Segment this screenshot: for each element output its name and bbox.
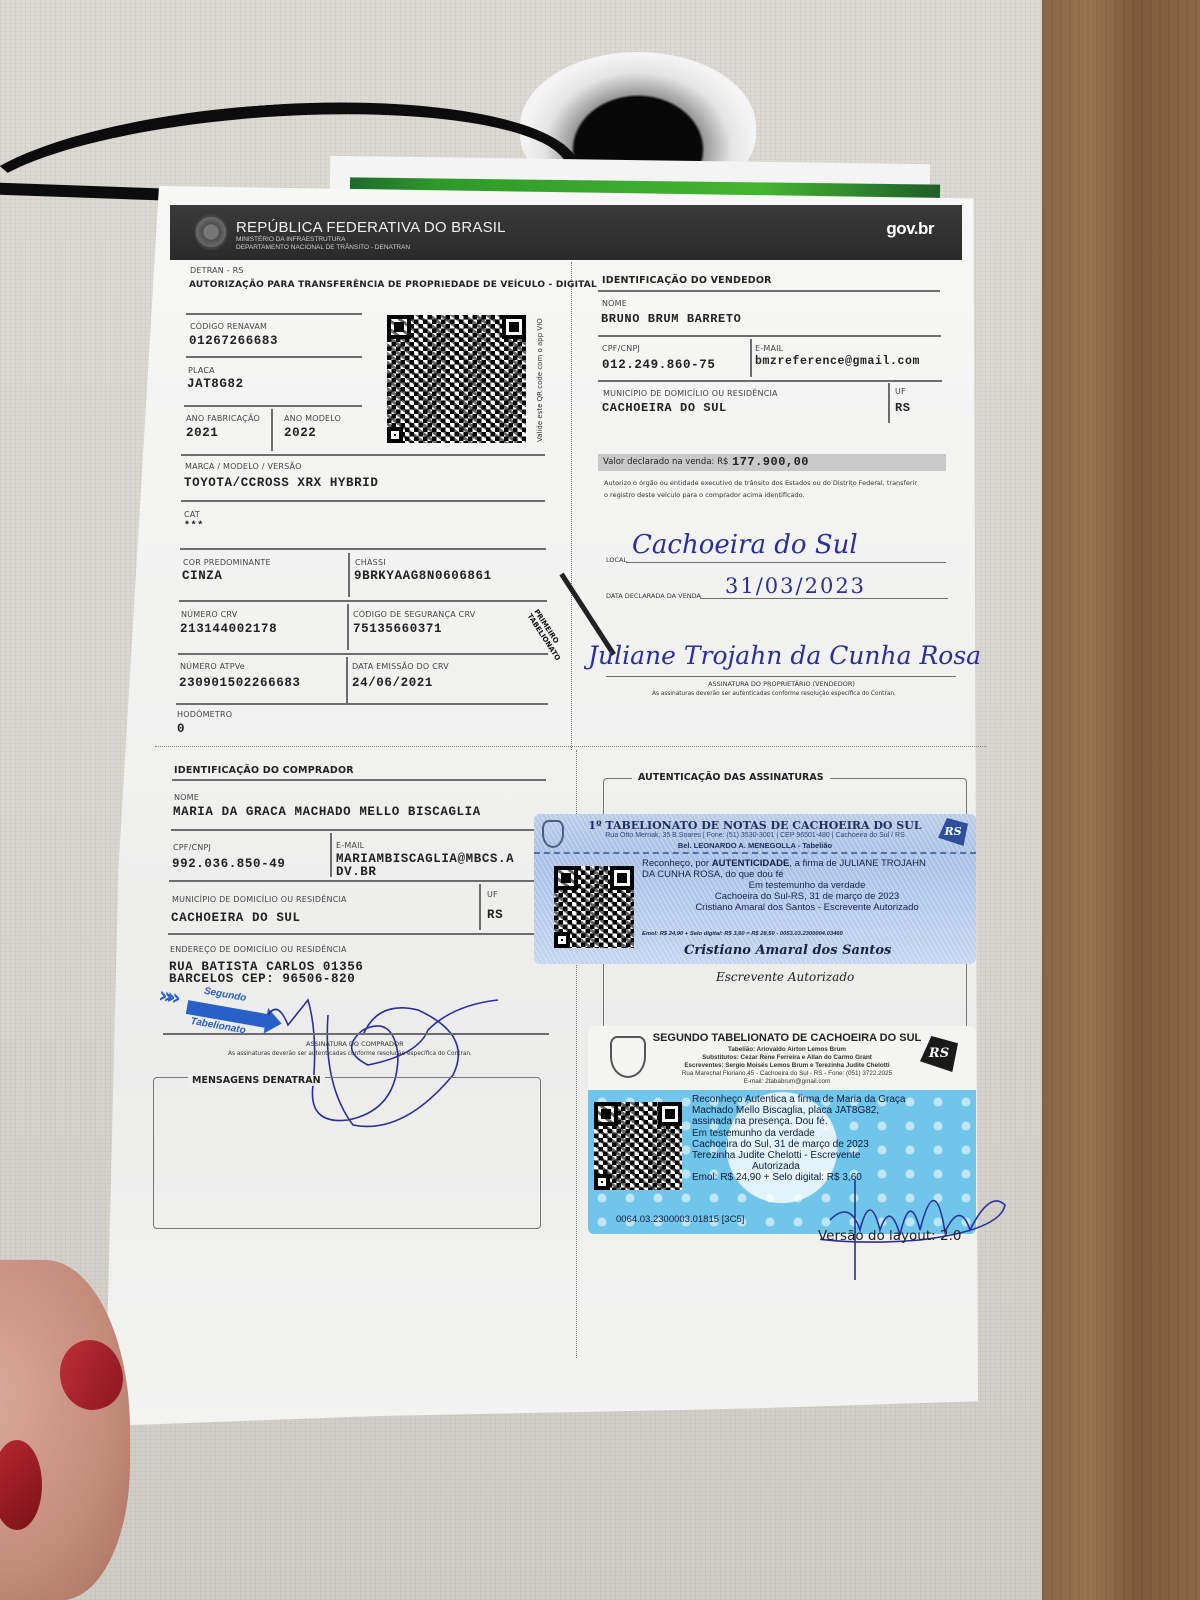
seal-escreventes: Escreventes: Sergio Moisés Lemos Brum e … — [588, 1062, 976, 1069]
seal-signer-name: Cristiano Amaral dos Santos — [684, 943, 891, 958]
signature-note: As assinaturas deverão ser autenticadas … — [652, 691, 896, 697]
seller-uf-label: UF — [895, 387, 906, 396]
rule — [271, 409, 273, 451]
rule — [750, 339, 752, 377]
section-divider — [155, 746, 987, 747]
authorization-text: Autorizo o órgão ou entidade executivo d… — [604, 479, 917, 487]
rule — [479, 884, 481, 930]
placa-value: JAT8G82 — [187, 377, 244, 391]
rule — [169, 880, 547, 882]
buyer-section-title: IDENTIFICAÇÃO DO COMPRADOR — [174, 765, 354, 776]
rule — [346, 657, 348, 703]
govbr-logo: gov.br — [886, 219, 934, 239]
chevrons-icon: »» — [156, 983, 177, 1010]
seal-title: 1º TABELIONATO DE NOTAS DE CACHOEIRA DO … — [534, 819, 976, 832]
ano-fabricacao-label: ANO FABRICAÇÃO — [186, 414, 260, 423]
seal-header: 1º TABELIONATO DE NOTAS DE CACHOEIRA DO … — [534, 814, 976, 854]
local-handwritten: Cachoeira do Sul — [632, 530, 858, 560]
primeiro-tabelionato-arrow-stamp: PRIMEIRO TABELIONATO — [533, 568, 593, 658]
qr-caption: Valide este QR code com o app VIO — [536, 318, 544, 442]
layout-version: Versão do layout: 2.0 — [818, 1228, 961, 1244]
seller-municipio-label: MUNICÍPIO DE DOMICÍLIO OU RESIDÊNCIA — [603, 389, 778, 398]
cor-label: COR PREDOMINANTE — [183, 558, 271, 567]
authorization-text: o registro deste veículo para o comprado… — [604, 491, 805, 499]
rule — [172, 779, 546, 781]
ministry-subtitle: MINISTÉRIO DA INFRAESTRUTURA DEPARTAMENT… — [236, 236, 410, 252]
rule — [598, 290, 940, 292]
buyer-cpf-label: CPF/CNPJ — [173, 843, 211, 852]
rule — [598, 380, 942, 382]
seller-municipio-value: CACHOEIRA DO SUL — [602, 401, 727, 415]
seal-qr-code[interactable] — [554, 866, 634, 948]
seal-signer-role: Escrevente Autorizado — [716, 970, 854, 984]
buyer-address-line2: BARCELOS CEP: 96506-820 — [169, 972, 355, 986]
marca-modelo-label: MARCA / MODELO / VERSÃO — [185, 462, 302, 471]
rule — [348, 553, 350, 597]
rule — [163, 1033, 549, 1035]
rule — [186, 313, 362, 315]
column-divider — [571, 262, 572, 750]
denatran-messages-box — [153, 1077, 541, 1229]
buyer-cpf-value: 992.036.850-49 — [172, 857, 285, 871]
declared-value-bar: Valor declarado na venda: R$ 177.900,00 — [598, 454, 946, 471]
issuer-label: DETRAN - RS — [190, 266, 244, 275]
seal-email: E-mail: 2tababrum@gmail.com — [588, 1078, 976, 1085]
buyer-address-label: ENDEREÇO DE DOMICÍLIO OU RESIDÊNCIA — [170, 945, 347, 954]
cat-label: CAT — [184, 510, 200, 519]
rule — [168, 933, 548, 935]
atpve-label: NÚMERO ATPVe — [180, 662, 245, 671]
hodometro-label: HODÔMETRO — [177, 710, 232, 719]
seal-text: Reconheço, por AUTENTICIDADE, a firma de… — [642, 858, 972, 913]
buyer-municipio-value: CACHOEIRA DO SUL — [171, 911, 301, 925]
codigo-seguranca-value: 75135660371 — [353, 622, 442, 636]
rule — [626, 562, 946, 563]
document-title: AUTORIZAÇÃO PARA TRANSFERÊNCIA DE PROPRI… — [189, 280, 597, 290]
renavam-value: 01267266683 — [189, 334, 278, 348]
seller-email-label: E-MAIL — [755, 344, 783, 353]
atpv-document: REPÚBLICA FEDERATIVA DO BRASIL MINISTÉRI… — [0, 0, 1200, 1600]
rule — [347, 604, 349, 650]
stamp-text: PRIMEIRO TABELIONATO — [526, 608, 569, 662]
seal-address: Rua Marechal Floriano,45 - Cachoeira do … — [588, 1070, 976, 1077]
sale-date-handwritten: 31/03/2023 — [725, 574, 866, 598]
rule — [184, 405, 362, 407]
seal-substitutos: Substitutos: Cezar Rene Ferreira e Allan… — [588, 1054, 976, 1061]
hodometro-value: 0 — [177, 722, 185, 736]
buyer-name-value: MARIA DA GRACA MACHADO MELLO BISCAGLIA — [173, 805, 481, 819]
seller-cpf-label: CPF/CNPJ — [602, 344, 640, 353]
placa-label: PLACA — [188, 366, 215, 375]
rule — [180, 548, 546, 550]
renavam-label: CÓDIGO RENAVAM — [190, 322, 267, 331]
rule — [186, 356, 362, 358]
rule — [606, 676, 956, 677]
signature-note: As assinaturas deverão ser autenticadas … — [228, 1051, 472, 1057]
seller-cpf-value: 012.249.860-75 — [602, 358, 715, 372]
seal-qr-code[interactable] — [594, 1102, 682, 1190]
seller-signature: Juliane Trojahn da Cunha Rosa — [588, 641, 981, 670]
ano-fabricacao-value: 2021 — [186, 426, 218, 440]
rule — [598, 335, 941, 337]
codigo-seguranca-label: CÓDIGO DE SEGURANÇA CRV — [353, 610, 475, 619]
buyer-signature-label: ASSINATURA DO COMPRADOR — [306, 1040, 404, 1048]
brazil-coat-of-arms-icon — [194, 214, 228, 250]
rule — [171, 829, 547, 831]
data-emissao-label: DATA EMISSÃO DO CRV — [352, 662, 449, 671]
seller-signature-label: ASSINATURA DO PROPRIETÁRIO (VENDEDOR) — [708, 680, 855, 688]
rule — [181, 454, 545, 456]
seller-name-value: BRUNO BRUM BARRETO — [601, 312, 741, 326]
rule — [330, 833, 332, 877]
seller-name-label: NOME — [602, 299, 627, 308]
seal-fees: Emol: R$ 24,90 + Selo digital: R$ 3,60 =… — [642, 931, 843, 937]
government-header: REPÚBLICA FEDERATIVA DO BRASIL MINISTÉRI… — [170, 205, 962, 260]
numero-crv-value: 213144002178 — [180, 622, 277, 636]
notary-signature-scribble — [820, 1160, 1010, 1290]
seller-uf-value: RS — [895, 401, 911, 415]
seller-section-title: IDENTIFICAÇÃO DO VENDEDOR — [602, 275, 772, 286]
cat-value: *** — [184, 521, 204, 532]
rule — [176, 703, 548, 705]
rule — [700, 598, 948, 599]
buyer-email-value: MARIAMBISCAGLIA@MBCS.A — [336, 852, 514, 866]
seller-email-value: bmzreference@gmail.com — [755, 355, 920, 368]
seal-title: SEGUNDO TABELIONATO DE CACHOEIRA DO SUL — [588, 1032, 976, 1044]
ano-modelo-label: ANO MODELO — [284, 414, 341, 423]
rule — [179, 600, 547, 602]
seal-code: 0064.03.2300003.01815 [3C5] — [616, 1214, 744, 1225]
rule — [178, 653, 548, 655]
seal-tabeliao: Tabelião: Ariovaldo Airton Lemos Brum — [588, 1046, 976, 1053]
ano-modelo-value: 2022 — [284, 426, 316, 440]
chassi-label: CHASSI — [355, 558, 386, 567]
sale-date-label: DATA DECLARADA DA VENDA — [606, 592, 701, 600]
buyer-municipio-label: MUNICÍPIO DE DOMICÍLIO OU RESIDÊNCIA — [172, 895, 347, 904]
local-label: LOCAL — [606, 556, 627, 564]
numero-crv-label: NÚMERO CRV — [181, 610, 237, 619]
buyer-email-value-cont: DV.BR — [336, 865, 377, 879]
vio-qr-code[interactable] — [387, 315, 526, 443]
buyer-uf-value: RS — [487, 908, 503, 922]
seal-address: Rua Otto Mernak, 35 B.Soares | Fone: (51… — [534, 832, 976, 839]
cor-value: CINZA — [182, 569, 223, 583]
buyer-name-label: NOME — [174, 793, 199, 802]
declared-value-label: Valor declarado na venda: R$ — [603, 457, 728, 467]
rule — [888, 383, 890, 423]
data-emissao-value: 24/06/2021 — [352, 676, 433, 690]
seal-notary: Bel. LEONARDO A. MENEGOLLA - Tabelião — [534, 841, 976, 850]
declared-value: 177.900,00 — [732, 455, 809, 469]
authentication-title: AUTENTICAÇÃO DAS ASSINATURAS — [632, 772, 830, 783]
denatran-messages-title: MENSAGENS DENATRAN — [188, 1075, 325, 1086]
first-notary-seal: 1º TABELIONATO DE NOTAS DE CACHOEIRA DO … — [534, 814, 976, 964]
chassi-value: 9BRKYAAG8N0606861 — [354, 569, 492, 583]
rule — [181, 500, 545, 502]
country-title: REPÚBLICA FEDERATIVA DO BRASIL — [236, 219, 506, 236]
atpve-value: 230901502266683 — [179, 676, 301, 690]
marca-modelo-value: TOYOTA/CCROSS XRX HYBRID — [184, 476, 378, 490]
buyer-email-label: E-MAIL — [336, 841, 364, 850]
buyer-uf-label: UF — [487, 890, 498, 899]
